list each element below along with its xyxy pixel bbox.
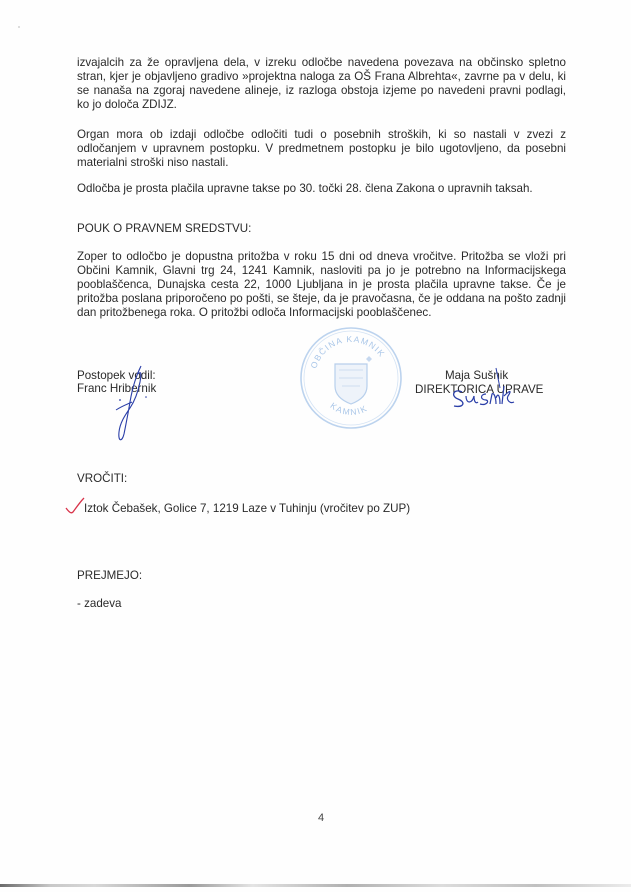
handwritten-signature-susnik [448, 366, 518, 410]
received-heading: PREJMEJO: [77, 569, 142, 583]
document-page: izvajalcih za že opravljena dela, v izre… [0, 0, 631, 892]
paragraph-gradivo: izvajalcih za že opravljena dela, v izre… [77, 56, 566, 112]
scan-speck [18, 26, 20, 28]
legal-remedy-text: Zoper to odločbo je dopustna pritožba v … [77, 250, 566, 320]
paragraph-stroski: Organ mora ob izdaji odločbe odločiti tu… [77, 128, 566, 170]
handwritten-signature-hribernik [108, 362, 153, 444]
legal-remedy-heading: POUK O PRAVNEM SREDSTVU: [77, 222, 251, 236]
checkmark-icon [64, 496, 86, 516]
page-number: 4 [318, 812, 324, 824]
scan-page-edge [0, 884, 631, 887]
received-item: - zadeva [77, 597, 121, 611]
municipality-stamp: OBČINA KAMNIK KAMNIK [297, 326, 405, 430]
delivery-recipient: Iztok Čebašek, Golice 7, 1219 Laze v Tuh… [84, 502, 410, 516]
delivery-heading: VROČITI: [77, 472, 127, 486]
paragraph-takse: Odločba je prosta plačila upravne takse … [77, 182, 566, 196]
